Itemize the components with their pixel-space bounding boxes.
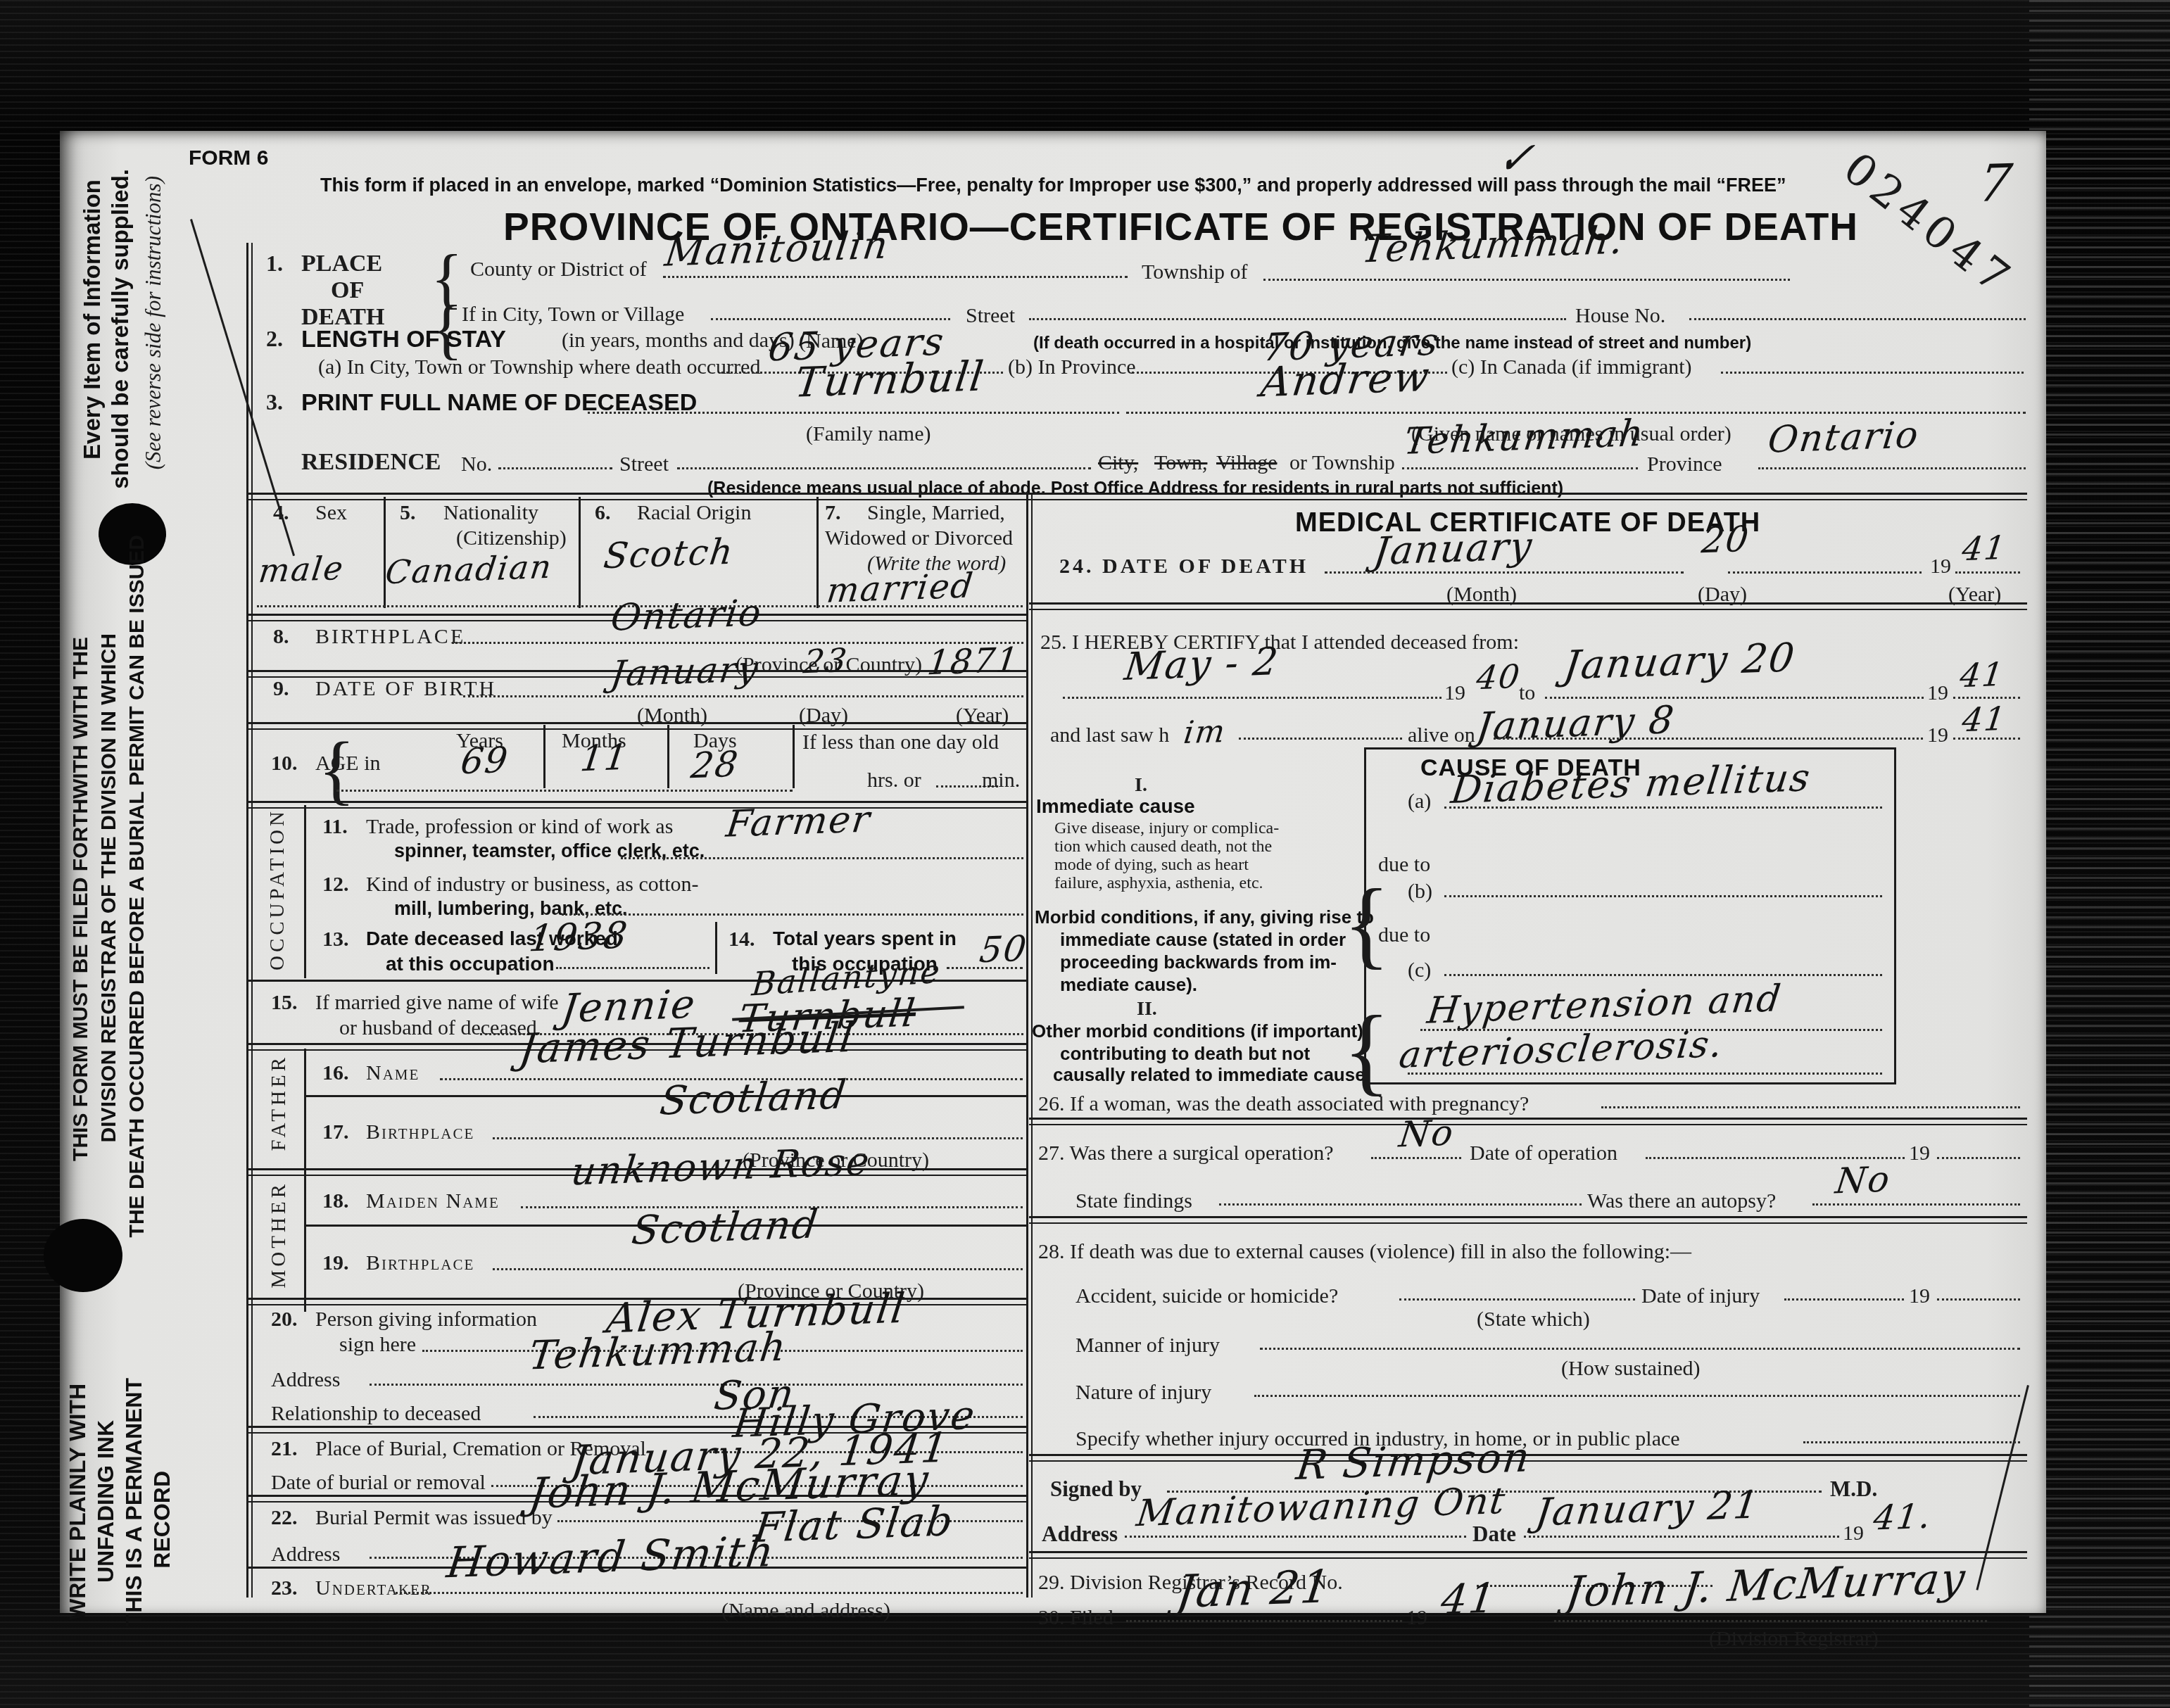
informant-address-label: Address: [271, 1368, 340, 1392]
other-label-3: causally related to immediate cause.: [1053, 1064, 1370, 1086]
q27-year-pre: 19: [1909, 1141, 1930, 1165]
dod-day-value: 20: [1699, 519, 1752, 562]
house-no-line: [1689, 318, 2026, 320]
lastsaw-value: January 8: [1474, 697, 1677, 749]
spouse-label-2: or husband of deceased: [339, 1016, 537, 1040]
marital-value: married: [825, 566, 976, 611]
cell-divider: [579, 497, 581, 608]
q30-label: 30. Filed: [1038, 1606, 1114, 1630]
trade-number: 11.: [322, 815, 348, 839]
specify-line: [1803, 1441, 2020, 1443]
registrar-sublabel: (Division Registrar): [1709, 1627, 1879, 1651]
dod-year-line: [1955, 571, 2020, 574]
undertaker-label: Undertaker: [315, 1576, 432, 1600]
q28-label: 28. If death was due to external causes …: [1038, 1240, 1691, 1264]
filed-year-pre: 19: [1406, 1606, 1427, 1630]
lastsaw-line-1: [1239, 738, 1402, 740]
dob-month-value: January: [608, 648, 761, 695]
age-days-value: 28: [688, 744, 741, 787]
from-line: [1063, 697, 1442, 699]
residence-city-line: [1402, 467, 1638, 469]
birthplace-value: Ontario: [608, 592, 764, 640]
autopsy-label: Was there an autopsy?: [1587, 1189, 1776, 1213]
q27-date-label: Date of operation: [1470, 1141, 1617, 1165]
sex-value: male: [257, 549, 347, 590]
s2-number: 2.: [266, 326, 283, 352]
accident-sublabel: (State which): [1477, 1308, 1590, 1331]
residence-village-struck: Village: [1216, 451, 1278, 475]
father-birthplace-number: 17.: [322, 1120, 349, 1144]
morbid-label-1: Morbid conditions, if any, giving rise t…: [1035, 906, 1374, 928]
sign-year-pre: 19: [1843, 1522, 1864, 1545]
s2c-label: (c) In Canada (if immigrant): [1451, 355, 1692, 379]
father-name-label: Name: [366, 1061, 420, 1085]
father-birthplace-label: Birthplace: [366, 1120, 474, 1144]
s2-label: LENGTH OF STAY: [301, 326, 506, 353]
dod-year-pre: 19: [1930, 555, 1951, 578]
margin-note-file-1: THIS FORM MUST BE FILED FORTHWITH WITH T…: [69, 637, 93, 1161]
age-col-divider: [667, 725, 669, 788]
given-name-value: Andrew: [1259, 353, 1433, 407]
margin-note-permanent-2: RECORD: [149, 1471, 175, 1569]
to-year-line: [1953, 697, 2020, 699]
age-col-divider: [793, 725, 795, 788]
cause-b-line: [1444, 895, 1882, 897]
residence-street-label: Street: [619, 453, 669, 476]
row10-rule: [248, 801, 1026, 809]
undertaker-number: 23.: [271, 1576, 298, 1600]
totalyears-value: 50: [977, 928, 1030, 971]
dob-day-value: 23: [802, 641, 850, 681]
street-line: [1029, 318, 1566, 320]
informant-label-1: Person giving information: [315, 1308, 537, 1331]
father-side-label: FATHER: [267, 1054, 291, 1151]
s1-number: 1.: [266, 251, 283, 277]
cause-dueto-2: due to: [1378, 923, 1430, 947]
margin-note-file-2: DIVISION REGISTRAR OF THE DIVISION IN WH…: [97, 633, 121, 1142]
accident-label: Accident, suicide or homicide?: [1075, 1284, 1338, 1308]
lastworked-value: 1938: [526, 914, 631, 960]
occupation-divider: [304, 805, 306, 978]
father-name-number: 16.: [322, 1061, 349, 1085]
industry-number: 12.: [322, 873, 349, 897]
burial-number: 21.: [271, 1437, 298, 1461]
racial-origin-label: Racial Origin: [637, 501, 751, 525]
injury-date-label: Date of injury: [1641, 1284, 1760, 1308]
age-number: 10.: [271, 752, 298, 776]
sex-number: 4.: [273, 501, 289, 525]
marital-number: 7.: [825, 501, 841, 525]
county-line: [663, 276, 1128, 278]
accident-line: [1399, 1298, 1635, 1301]
dod-number: 24.: [1059, 555, 1095, 578]
q27-value: No: [1396, 1112, 1456, 1155]
birthplace-label: BIRTHPLACE: [315, 625, 465, 649]
industry-line: [562, 913, 1023, 916]
burial-date-label: Date of burial or removal: [271, 1471, 486, 1495]
undertaker-line: [396, 1592, 1023, 1594]
family-name-sublabel: (Family name): [806, 422, 931, 446]
sex-label: Sex: [315, 501, 347, 525]
street-label: Street: [966, 304, 1015, 328]
informant-address-line: [370, 1384, 1023, 1386]
residence-province-line: [1758, 467, 2026, 469]
residence-no-line: [498, 467, 612, 469]
q27-rule: [1029, 1216, 2027, 1224]
immediate-note-2: tion which caused death, not the: [1054, 837, 1272, 856]
age-col-divider: [543, 725, 545, 788]
residence-street-line: [677, 467, 1091, 469]
autopsy-line: [1812, 1203, 2020, 1206]
handwritten-checkmark: ✓: [1495, 132, 1539, 184]
mother-side-label: MOTHER: [267, 1181, 291, 1288]
margin-note-reverse: (See reverse side for instructions): [141, 176, 166, 469]
father-birthplace-line: [493, 1137, 1023, 1139]
racial-origin-number: 6.: [595, 501, 611, 525]
dob-number: 9.: [273, 677, 289, 701]
cause-b-label: (b): [1408, 880, 1432, 904]
birthplace-number: 8.: [273, 625, 289, 649]
attended-from-value: May - 2: [1122, 639, 1282, 689]
q27-label: 27. Was there a surgical operation?: [1038, 1141, 1334, 1165]
findings-line: [1219, 1203, 1582, 1206]
manner-sublabel: (How sustained): [1561, 1357, 1700, 1381]
trade-value: Farmer: [724, 798, 873, 845]
immediate-note-1: Give disease, injury or complica-: [1054, 819, 1279, 838]
occ-cell-divider: [715, 922, 717, 974]
industry-label-1: Kind of industry or business, as cotton-: [366, 873, 698, 897]
township-value: Tehkummah.: [1359, 217, 1627, 271]
maiden-label: Maiden Name: [366, 1189, 500, 1213]
nationality-sublabel: (Citizenship): [456, 526, 567, 550]
age-months-value: 11: [578, 737, 631, 780]
dod-year-value: 41: [1960, 529, 2009, 568]
other-line-2: [1408, 1073, 1882, 1075]
morbid-label-3: proceeding backwards from im-: [1060, 951, 1337, 973]
lastsaw-year-value: 41: [1960, 700, 2009, 739]
relationship-label: Relationship to deceased: [271, 1402, 481, 1426]
mother-divider: [304, 1174, 306, 1312]
maiden-number: 18.: [322, 1189, 349, 1213]
lastsaw-line-2: [1494, 738, 1923, 740]
township-line: [1263, 279, 1790, 281]
residence-province-label: Province: [1647, 453, 1722, 476]
immediate-note-4: failure, asphyxia, asthenia, etc.: [1054, 874, 1263, 893]
cell-divider: [816, 497, 819, 608]
residence-label: RESIDENCE: [301, 449, 441, 476]
mother-birthplace-label: Birthplace: [366, 1251, 474, 1275]
residence-town-struck: Town,: [1154, 451, 1207, 475]
margin-note-file-3: THE DEATH OCCURRED BEFORE A BURIAL PERMI…: [125, 535, 149, 1237]
filed-year-value: 41: [1439, 1574, 1499, 1624]
margin-note-permanent-1: THIS IS A PERMANENT: [121, 1378, 147, 1626]
findings-label: State findings: [1075, 1189, 1192, 1213]
marital-label-1: Single, Married,: [867, 501, 1005, 525]
other-label-2: contributing to death but not: [1060, 1043, 1310, 1065]
nature-label: Nature of injury: [1075, 1381, 1211, 1405]
mother-birthplace-line: [493, 1268, 1023, 1270]
section-divider-rule: [248, 493, 2027, 500]
lastsaw-label-1: and last saw h: [1050, 723, 1169, 747]
permit-label: Burial Permit was issued by: [315, 1506, 553, 1530]
age-less-label: If less than one day old: [802, 730, 999, 754]
physician-address-label: Address: [1042, 1522, 1118, 1547]
manner-line: [1260, 1348, 2020, 1350]
to-label: to: [1519, 681, 1535, 705]
totalyears-number: 14.: [728, 928, 755, 951]
to-year-pre: 19: [1927, 681, 1948, 705]
q26-rule: [1029, 1118, 2027, 1125]
s1-label-place: PLACE: [301, 251, 382, 277]
q26-line: [1601, 1106, 2020, 1108]
cause-a-label: (a): [1408, 790, 1431, 814]
trade-line: [621, 857, 1023, 859]
autopsy-value: No: [1833, 1158, 1893, 1201]
sign-date-value: January 21: [1533, 1482, 1762, 1534]
other-label-1: Other morbid conditions (if important): [1032, 1020, 1363, 1042]
spouse-label-1: If married give name of wife: [315, 991, 559, 1015]
cause-roman-2: II.: [1137, 998, 1157, 1020]
s2a-label: (a) In City, Town or Township where deat…: [318, 355, 760, 379]
informant-address-value: Tehkummah: [526, 1324, 790, 1379]
nature-line: [1254, 1395, 2020, 1397]
morbid-label-2: immediate cause (stated in order: [1060, 929, 1346, 951]
s1-label-of: OF: [331, 277, 364, 304]
margin-note-supply-1: Every Item of Information: [79, 179, 106, 460]
immediate-cause-label: Immediate cause: [1036, 795, 1195, 818]
informant-number: 20.: [271, 1308, 298, 1331]
permit-address-label: Address: [271, 1543, 340, 1567]
margin-note-supply-2: should be carefully supplied.: [107, 169, 134, 489]
from-year-value: 40: [1475, 657, 1523, 697]
cause-roman-1: I.: [1135, 774, 1147, 797]
mother-birthplace-value: Scotland: [629, 1201, 821, 1254]
sign-date-line: [1524, 1536, 1839, 1538]
age-line: [336, 790, 793, 792]
form-left-border: [246, 243, 253, 1598]
filed-date-value: Jan 21: [1174, 1561, 1335, 1619]
margin-note-write-1: WRITE PLAINLY WITH: [65, 1384, 91, 1620]
age-label: AGE in: [315, 752, 381, 776]
house-no-label: House No.: [1575, 304, 1665, 328]
residence-city-struck: City,: [1098, 451, 1138, 475]
nationality-label: Nationality: [443, 501, 538, 525]
q27-year-line: [1937, 1157, 2020, 1159]
margin-note-write-2: UNFADING INK: [93, 1420, 119, 1583]
signed-by-label: Signed by: [1050, 1476, 1142, 1502]
to-year-value: 41: [1958, 655, 2007, 695]
permit-number: 22.: [271, 1506, 298, 1530]
residence-province-value: Ontario: [1765, 414, 1922, 462]
lastsaw-label-2: alive on: [1408, 723, 1475, 747]
mail-instruction: This form if placed in an envelope, mark…: [320, 175, 1786, 196]
dob-line: [463, 695, 1023, 697]
cell-divider: [384, 497, 386, 608]
md-label: M.D.: [1830, 1476, 1877, 1502]
form-number: FORM 6: [189, 146, 268, 170]
attended-to-value: January 20: [1561, 635, 1798, 689]
residence-no-label: No.: [461, 453, 492, 476]
lastsaw-year-pre: 19: [1927, 723, 1948, 747]
nationality-value: Canadian: [384, 548, 555, 592]
county-value: Manitoulin: [662, 222, 891, 274]
racial-origin-value: Scotch: [601, 531, 736, 577]
dod-label-row: 24. DATE OF DEATH: [1059, 555, 1308, 578]
occupation-side-label: OCCUPATION: [266, 808, 289, 970]
family-name-value: Turnbull: [793, 352, 988, 407]
from-year-pre: 19: [1444, 681, 1465, 705]
undertaker-sublabel: (Name and address): [721, 1599, 890, 1623]
column-divider: [1026, 494, 1033, 1598]
sign-year-value: 41.: [1872, 1496, 1934, 1538]
cause-c-label: (c): [1408, 959, 1431, 982]
lastworked-number: 13.: [322, 928, 349, 951]
age-min-label: min.: [982, 768, 1020, 792]
filed-line: [1126, 1620, 1402, 1622]
city-town-village-label: If in City, Town or Village: [462, 303, 684, 327]
injury-year-line: [1937, 1298, 2020, 1301]
dod-label: DATE OF DEATH: [1102, 555, 1308, 578]
physician-address-line: [1125, 1536, 1466, 1538]
lastsaw-hand: im: [1182, 714, 1228, 751]
father-birthplace-value: Scotland: [657, 1072, 850, 1125]
dod-rule: [1029, 602, 2027, 610]
scan-streak-texture: [2029, 0, 2170, 1708]
father-divider: [304, 1049, 306, 1178]
s2-sublabel: (in years, months and days): [562, 329, 795, 353]
registrar-line: [1554, 1620, 1987, 1622]
sign-date-label: Date: [1472, 1522, 1516, 1547]
other-brace: {: [1343, 994, 1390, 1107]
morbid-label-4: mediate cause).: [1060, 974, 1197, 996]
q27-line: [1371, 1157, 1461, 1159]
hole-punch: [44, 1219, 122, 1292]
s2c-line: [1721, 372, 2024, 374]
spouse-number: 15.: [271, 991, 298, 1015]
q27-date-line: [1646, 1157, 1905, 1159]
s2b-label: (b) In Province: [1008, 355, 1136, 379]
permit-address-value: Flat Slab: [752, 1497, 957, 1552]
residence-city-value: Tehkummah: [1401, 412, 1646, 463]
age-hrs-label: hrs. or: [867, 768, 921, 792]
injury-date-line: [1784, 1298, 1904, 1301]
injury-year-pre: 19: [1909, 1284, 1930, 1308]
mother-birthplace-number: 19.: [322, 1251, 349, 1275]
dod-day-line: [1728, 571, 1922, 574]
dob-year-value: 1871: [926, 640, 1022, 683]
dod-month-line: [1325, 571, 1684, 574]
scanned-death-certificate: Every Item of Information should be care…: [0, 0, 2170, 1708]
s3-number: 3.: [266, 389, 283, 415]
to-line: [1545, 697, 1924, 699]
immediate-note-3: mode of dying, such as heart: [1054, 856, 1249, 875]
nationality-number: 5.: [400, 501, 416, 525]
township-label: Township of: [1142, 260, 1247, 284]
cause-c-line: [1444, 974, 1882, 976]
lastsaw-year-line: [1953, 738, 2020, 740]
cause-a-line: [1444, 806, 1882, 809]
family-name-line: [588, 412, 1119, 414]
manner-label: Manner of injury: [1075, 1334, 1220, 1358]
trade-label-1: Trade, profession or kind of work as: [366, 815, 673, 839]
dod-month-value: January: [1371, 524, 1536, 574]
informant-label-2: sign here: [339, 1333, 416, 1357]
county-label: County or District of: [470, 258, 647, 281]
totalyears-line: [947, 967, 1023, 969]
row9-rule: [248, 722, 1026, 730]
lastworked-line: [556, 967, 709, 969]
residence-township-label: or Township: [1289, 451, 1395, 475]
totalyears-label-1: Total years spent in: [773, 928, 957, 950]
given-name-line: [1126, 412, 2026, 414]
marital-label-2: Widowed or Divorced: [825, 526, 1013, 550]
age-years-value: 69: [458, 740, 511, 783]
